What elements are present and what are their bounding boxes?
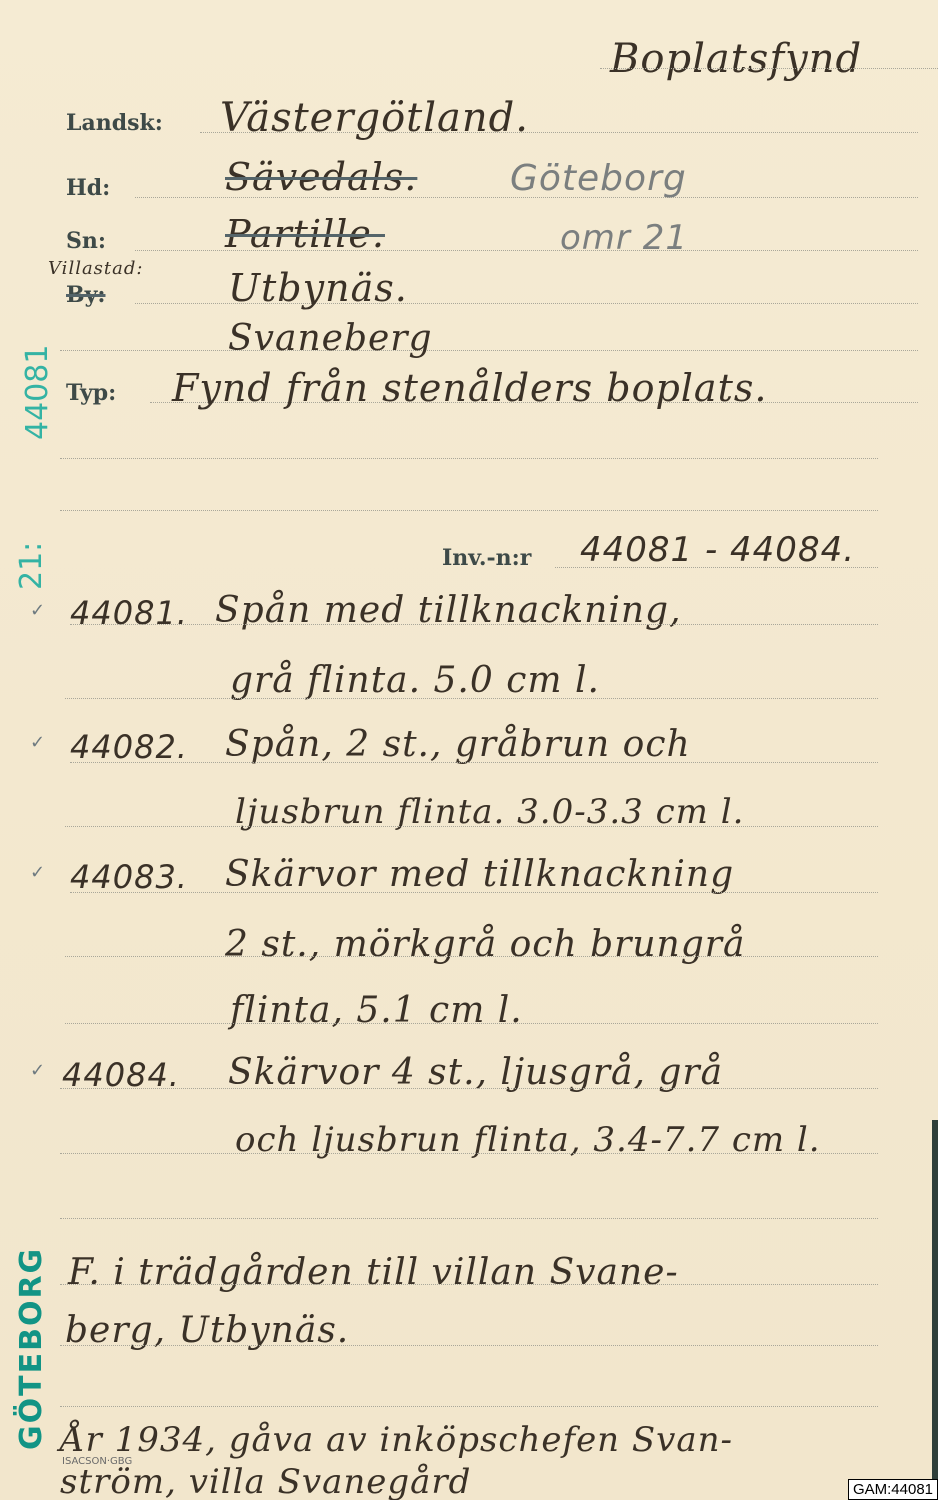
inventory-range: 44081 - 44084. <box>580 530 855 570</box>
field-line <box>65 826 878 827</box>
item-number: 44081. <box>70 594 188 632</box>
margin-inventory-number: 44081 <box>20 345 55 440</box>
label-sn: Sn: <box>66 228 106 254</box>
label-landsk: Landsk: <box>66 110 163 136</box>
item-number: 44082. <box>70 728 188 766</box>
label-hd: Hd: <box>66 175 110 201</box>
value-by-line2: Svaneberg <box>228 318 433 359</box>
check-mark-icon: ✓ <box>30 600 45 621</box>
value-by: Utbynäs. <box>228 266 408 310</box>
note-line: År 1934, gåva av inköpschefen Svan- <box>60 1420 733 1460</box>
field-line <box>60 510 878 511</box>
field-line <box>60 1284 878 1285</box>
category-heading: Boplatsfynd <box>610 36 862 82</box>
divider <box>600 68 938 69</box>
note-line: ström, villa Svanegård <box>60 1462 471 1500</box>
catalog-id-label: GAM:44081 <box>848 1479 938 1500</box>
label-by-struck: By: <box>66 282 106 308</box>
item-description: Skärvor 4 st., ljusgrå, grå <box>228 1052 723 1093</box>
value-landsk: Västergötland. <box>220 95 529 141</box>
field-line <box>70 624 878 625</box>
field-line <box>70 762 878 763</box>
museum-stamp: GÖTEBORG <box>8 1250 48 1450</box>
value-sn-struck: Partille. <box>225 212 385 256</box>
printer-mark: ISACSON·GBG <box>62 1456 132 1467</box>
item-description: grå flinta. 5.0 cm l. <box>230 660 600 701</box>
label-villastad: Villastad: <box>48 258 143 279</box>
value-typ: Fynd från stenålders boplats. <box>172 366 767 410</box>
field-line <box>60 458 878 459</box>
stamp-text: GÖTEBORG <box>14 1247 49 1450</box>
value-hd-struck: Sävedals. <box>225 155 417 199</box>
value-hd-correction: Göteborg <box>510 158 687 199</box>
field-line <box>60 1406 878 1407</box>
item-description: Spån, 2 st., gråbrun och <box>225 724 691 765</box>
catalog-card: Boplatsfynd Landsk: Västergötland. Hd: S… <box>0 0 938 1500</box>
card-edge <box>932 1120 938 1500</box>
field-line <box>65 698 878 699</box>
label-typ: Typ: <box>66 380 116 406</box>
note-line: F. i trädgården till villan Svane- <box>68 1252 679 1293</box>
field-line <box>60 1088 878 1089</box>
item-description: 2 st., mörkgrå och brungrå <box>225 924 745 965</box>
margin-area-note: 21: <box>14 542 49 590</box>
field-line <box>65 956 878 957</box>
check-mark-icon: ✓ <box>30 732 45 753</box>
field-line <box>60 350 918 351</box>
field-line <box>65 1023 878 1024</box>
item-number: 44083. <box>70 858 188 896</box>
check-mark-icon: ✓ <box>30 862 45 883</box>
item-description: Skärvor med tillknackning <box>225 854 734 895</box>
item-description: flinta, 5.1 cm l. <box>230 990 523 1031</box>
value-sn-correction: omr 21 <box>560 218 688 258</box>
field-line <box>60 1218 878 1219</box>
label-inventory: Inv.-n:r <box>442 545 531 571</box>
field-line <box>60 1345 878 1346</box>
field-line <box>70 892 878 893</box>
check-mark-icon: ✓ <box>30 1060 45 1081</box>
field-line <box>60 1153 878 1154</box>
item-description: och ljusbrun flinta, 3.4-7.7 cm l. <box>235 1120 821 1160</box>
